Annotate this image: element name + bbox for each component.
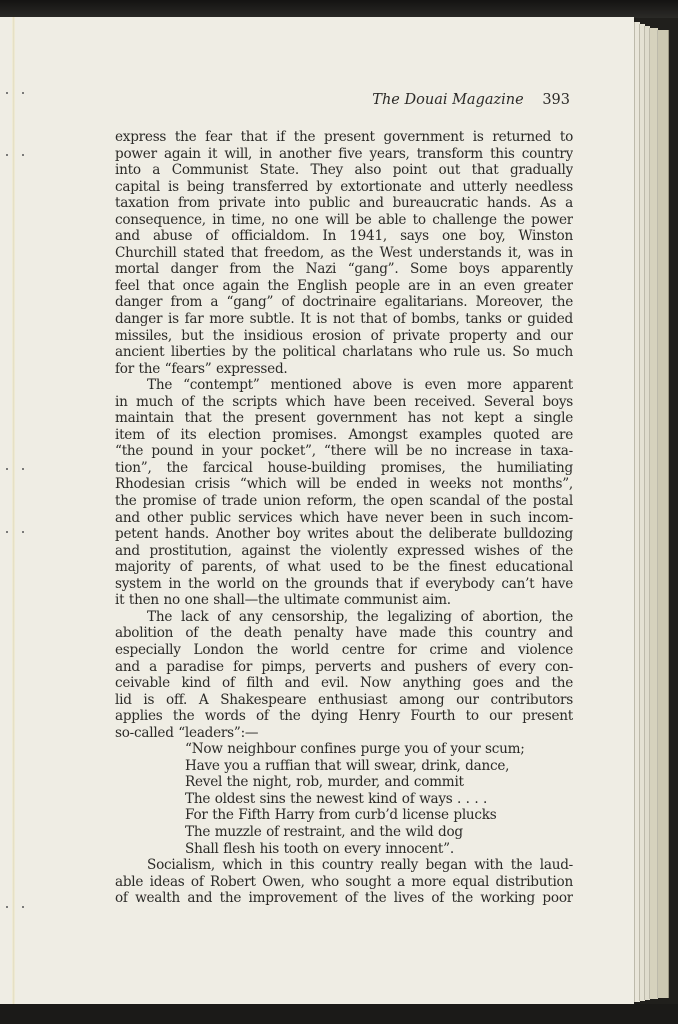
margin-speck bbox=[22, 92, 24, 94]
publication-title: The Douai Magazine bbox=[372, 92, 523, 108]
text-line: of wealth and the improvement of the liv… bbox=[115, 890, 573, 907]
text-line: Rhodesian crisis “which will be ended in… bbox=[115, 476, 573, 493]
text-line: and a paradise for pimps, perverts and p… bbox=[115, 659, 573, 676]
text-line: “the pound in your pocket”, “there will … bbox=[115, 443, 573, 460]
text-line: majority of parents, of what used to be … bbox=[115, 559, 573, 576]
verse-line: Have you a ruffian that will swear, drin… bbox=[115, 758, 573, 775]
text-line: applies the words of the dying Henry Fou… bbox=[115, 708, 573, 725]
text-line: into a Communist State. They also point … bbox=[115, 162, 573, 179]
margin-speck bbox=[22, 468, 24, 470]
text-line: express the fear that if the present gov… bbox=[115, 129, 573, 146]
text-line: danger from a “gang” of doctrinaire egal… bbox=[115, 294, 573, 311]
margin-speck bbox=[6, 468, 8, 470]
text-line: mortal danger from the Nazi “gang”. Some… bbox=[115, 261, 573, 278]
margin-speck bbox=[6, 92, 8, 94]
text-line: tion”, the farcical house-building promi… bbox=[115, 460, 573, 477]
text-line: lid is off. A Shakespeare enthusiast amo… bbox=[115, 692, 573, 709]
article-body: express the fear that if the present gov… bbox=[115, 129, 573, 907]
text-line: the promise of trade union reform, the o… bbox=[115, 493, 573, 510]
margin-speck bbox=[22, 154, 24, 156]
page-stack-edge bbox=[657, 30, 669, 998]
verse-line: The muzzle of restraint, and the wild do… bbox=[115, 824, 573, 841]
text-line: and prostitution, against the violently … bbox=[115, 543, 573, 560]
text-line: especially London the world centre for c… bbox=[115, 642, 573, 659]
margin-speck bbox=[22, 906, 24, 908]
text-line: feel that once again the English people … bbox=[115, 278, 573, 295]
text-line: danger is far more subtle. It is not tha… bbox=[115, 311, 573, 328]
margin-speck bbox=[6, 154, 8, 156]
text-line: Churchill stated that freedom, as the We… bbox=[115, 245, 573, 262]
text-line: The “contempt” mentioned above is even m… bbox=[115, 377, 573, 394]
text-line: and abuse of officialdom. In 1941, says … bbox=[115, 228, 573, 245]
text-line: system in the world on the grounds that … bbox=[115, 576, 573, 593]
scanner-bottom-edge bbox=[0, 1004, 678, 1024]
text-line: for the “fears” expressed. bbox=[115, 361, 573, 378]
verse-line: For the Fifth Harry from curb’d license … bbox=[115, 807, 573, 824]
text-line: ceivable kind of filth and evil. Now any… bbox=[115, 675, 573, 692]
text-line: missiles, but the insidious erosion of p… bbox=[115, 328, 573, 345]
margin-speck bbox=[6, 531, 8, 533]
margin-speck bbox=[22, 531, 24, 533]
verse-line: “Now neighbour confines purge you of you… bbox=[115, 741, 573, 758]
book-scan: The Douai Magazine 393 express the fear … bbox=[0, 0, 678, 1024]
text-line: taxation from private into public and bu… bbox=[115, 195, 573, 212]
page-number: 393 bbox=[542, 92, 570, 108]
margin-speck bbox=[6, 906, 8, 908]
text-line: it then no one shall—the ultimate commun… bbox=[115, 592, 573, 609]
text-line: ancient liberties by the political charl… bbox=[115, 344, 573, 361]
text-line: The lack of any censorship, the legalizi… bbox=[115, 609, 573, 626]
text-line: Socialism, which in this country really … bbox=[115, 857, 573, 874]
page-binding-gutter bbox=[12, 17, 15, 1005]
text-line: abolition of the death penalty have made… bbox=[115, 625, 573, 642]
text-line: maintain that the present government has… bbox=[115, 410, 573, 427]
text-line: item of its election promises. Amongst e… bbox=[115, 427, 573, 444]
verse-line: Revel the night, rob, murder, and commit bbox=[115, 774, 573, 791]
text-line: consequence, in time, no one will be abl… bbox=[115, 212, 573, 229]
text-line: in much of the scripts which have been r… bbox=[115, 394, 573, 411]
text-line: and other public services which have nev… bbox=[115, 510, 573, 527]
running-header: The Douai Magazine 393 bbox=[372, 92, 570, 108]
verse-line: The oldest sins the newest kind of ways … bbox=[115, 791, 573, 808]
text-line: able ideas of Robert Owen, who sought a … bbox=[115, 874, 573, 891]
text-line: petent hands. Another boy writes about t… bbox=[115, 526, 573, 543]
text-line: so-called “leaders”:— bbox=[115, 725, 573, 742]
text-line: power again it will, in another five yea… bbox=[115, 146, 573, 163]
text-line: capital is being transferred by extortio… bbox=[115, 179, 573, 196]
scanner-top-edge bbox=[0, 0, 678, 18]
verse-line: Shall flesh his tooth on every innocent”… bbox=[115, 841, 573, 858]
